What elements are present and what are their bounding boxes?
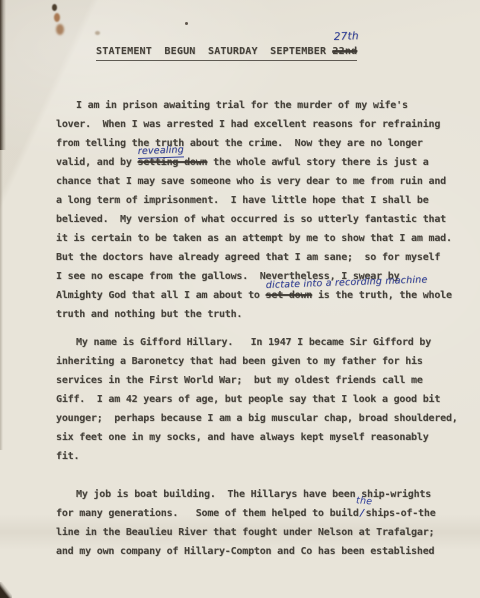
page-left-edge-shadow-lower [0,150,3,450]
text-line: But the doctors have already agreed that… [56,248,466,267]
text-line: inheriting a Baronetcy that had been giv… [56,352,466,371]
typed-text: fit. [56,451,79,462]
paragraph: My job is boat building. The Hillarys ha… [56,485,466,561]
typed-text: a long term of imprisonment. I have litt… [56,195,429,206]
typed-text: My name is Gifford Hillary. In 1947 I be… [76,337,431,348]
text-line: Almighty God that all I am about to set … [56,286,466,305]
struck-text: setting downrevealing [138,153,208,172]
typed-text: Almighty God that all I am about to [56,290,266,301]
ink-speck [185,22,188,25]
handwritten-note: revealing [137,145,184,158]
typed-text: chance that I may save someone who is ve… [56,176,446,187]
text-line: fit. [56,447,466,466]
typed-text: and my own company of Hillary-Compton an… [56,546,434,557]
text-line: from telling the truth about the crime. … [56,134,466,153]
faint-stain [95,31,100,35]
typed-text: ships-of-the [366,508,436,519]
text-line: and my own company of Hillary-Compton an… [56,542,466,561]
text-line: it is certain to be taken as an attempt … [56,229,466,248]
page-left-edge-shadow [0,0,6,150]
typed-text: is the truth, the whole [312,290,452,301]
typed-text: the whole awful story there is just a [207,157,428,168]
text-line: believed. My version of what occurred is… [56,210,466,229]
typed-text: services in the First World War; but my … [56,375,423,386]
typed-text: it is certain to be taken as an attempt … [56,233,452,244]
text-line: lover. When I was arrested I had excelle… [56,115,466,134]
text-line: services in the First World War; but my … [56,371,466,390]
text-line: younger; perhaps because I am a big musc… [56,409,466,428]
typed-text: inheriting a Baronetcy that had been giv… [56,356,423,367]
text-line: six feet one in my socks, and have alway… [56,428,466,447]
typed-text: My job is boat building. The Hillarys ha… [76,489,431,500]
text-line: truth and nothing but the truth. [56,305,466,324]
struck-text: set downdictate into a recording machine [266,286,313,305]
typed-text: believed. My version of what occurred is… [56,214,446,225]
text-line: I am in prison awaiting trial for the mu… [56,96,466,115]
text-line: chance that I may save someone who is ve… [56,172,466,191]
caret-insert-mark: ∕the [358,504,367,524]
struck-date-text: 22nd [332,46,357,57]
typed-text: valid, and by [56,157,138,168]
handwritten-date-correction: 27th [334,31,359,42]
typed-text: six feet one in my socks, and have alway… [56,432,429,443]
page-corner-shadow [0,582,12,598]
text-line: valid, and by setting downrevealing the … [56,153,466,172]
typed-text: for many generations. Some of them helpe… [56,508,359,519]
typed-text: younger; perhaps because I am a big musc… [56,413,458,424]
document-body: I am in prison awaiting trial for the mu… [56,96,466,570]
typed-text: truth and nothing but the truth. [56,309,242,320]
title-text: STATEMENT BEGUN SATURDAY SEPTEMBER [96,46,332,57]
text-line: Giff. I am 42 years of age, but people s… [56,390,466,409]
typed-text: I am in prison awaiting trial for the mu… [76,100,408,111]
text-line: a long term of imprisonment. I have litt… [56,191,466,210]
text-line: line in the Beaulieu River that fought u… [56,523,466,542]
typed-text: But the doctors have already agreed that… [56,252,440,263]
paragraph: My name is Gifford Hillary. In 1947 I be… [56,333,466,466]
typed-text: line in the Beaulieu River that fought u… [56,527,434,538]
title-struck-date: 22nd27th [332,46,357,57]
rust-stain [54,13,60,22]
rust-stain [56,24,64,35]
typed-text: Giff. I am 42 years of age, but people s… [56,394,440,405]
text-line: My job is boat building. The Hillarys ha… [56,485,466,504]
ink-speck [52,4,57,11]
typed-text: from telling the truth about the crime. … [56,138,423,149]
handwritten-note: the [355,496,372,507]
text-line: My name is Gifford Hillary. In 1947 I be… [56,333,466,352]
paragraph: I am in prison awaiting trial for the mu… [56,96,466,324]
typed-text: lover. When I was arrested I had excelle… [56,119,440,130]
document-title: STATEMENT BEGUN SATURDAY SEPTEMBER 22nd2… [96,46,357,61]
text-line: for many generations. Some of them helpe… [56,504,466,523]
